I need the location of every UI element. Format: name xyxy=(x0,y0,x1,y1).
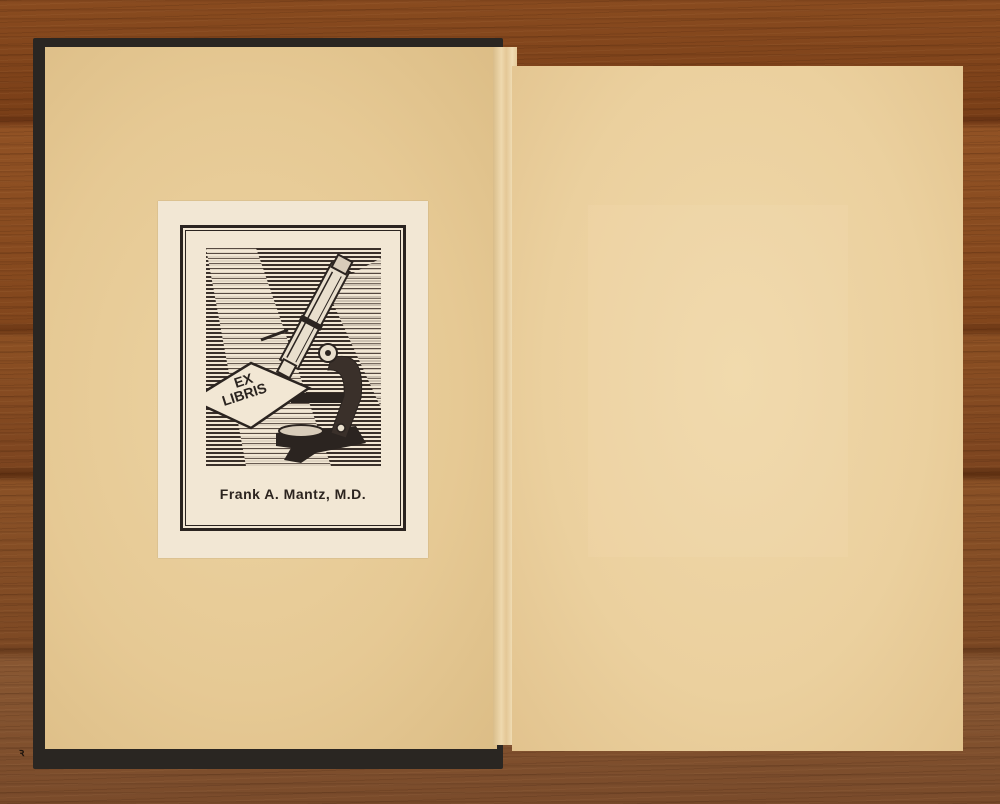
microscope-icon: EX LIBRIS xyxy=(206,248,381,466)
bookplate: EX LIBRIS Frank A. Mantz, M.D. xyxy=(158,201,428,558)
right-page-offset-mark xyxy=(588,205,848,557)
bookplate-owner-name: Frank A. Mantz, M.D. xyxy=(180,486,406,502)
table-mark: ꝛ xyxy=(19,745,24,760)
